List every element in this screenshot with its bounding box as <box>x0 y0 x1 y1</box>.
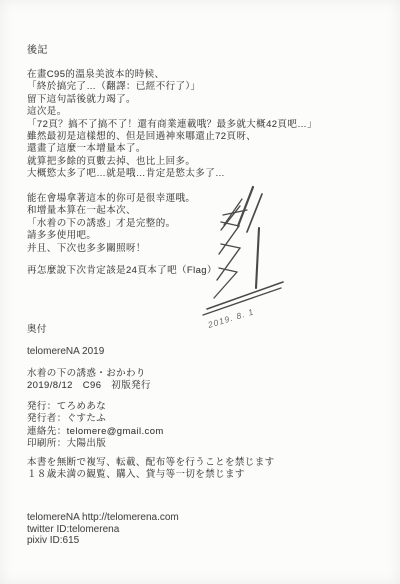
edition-info: 2019/8/12 C96 初版発行 <box>27 380 151 392</box>
afterword-line: 「水着の下の誘惑」才是完整的。 <box>27 218 195 230</box>
afterword-line: 留下這句話後就力竭了。 <box>27 94 317 106</box>
doujinshi-afterword-page: 後記 在畫C95的溫泉美波本的時候、 「終於搞完了…（翻譯：已經不行了）」 留下… <box>0 0 400 584</box>
afterword-line: 和增量本算在一起本次、 <box>27 205 195 217</box>
artist-signature: 2019. 8. 1 <box>193 176 329 334</box>
afterword-line: 這次是。 <box>27 106 317 118</box>
contact-links-block: telomereNA http://telomerena.com twitter… <box>27 512 179 547</box>
flag-line: 再怎麼說下次肯定該是24頁本了吧（Flag） <box>27 265 217 277</box>
afterword-paragraph-1: 在畫C95的溫泉美波本的時候、 「終於搞完了…（翻譯：已經不行了）」 留下這句話… <box>27 69 317 181</box>
book-title: 水着の下の誘惑・おかわり <box>27 368 151 380</box>
afterword-heading: 後記 <box>27 45 48 57</box>
afterword-paragraph-2: 能在會場拿著這本的你可是很幸運哦。 和增量本算在一起本次、 「水着の下の誘惑」才… <box>27 193 195 255</box>
afterword-line: 還畫了這麼一本增量本了。 <box>27 143 317 155</box>
twitter-line: twitter ID:telomerena <box>27 524 179 536</box>
warning-line: 本書を無断で複写、転載、配布等を行うことを禁じます <box>27 457 275 469</box>
pixiv-line: pixiv ID:615 <box>27 535 179 547</box>
afterword-line: 并且、下次也多多關照呀！ <box>27 243 195 255</box>
afterword-line: 在畫C95的溫泉美波本的時候、 <box>27 69 317 81</box>
printer-line: 印刷所：大陽出版 <box>27 438 164 450</box>
website-line: telomereNA http://telomerena.com <box>27 512 179 524</box>
signature-date: 2019. 8. 1 <box>206 306 256 330</box>
afterword-line: 能在會場拿著這本的你可是很幸運哦。 <box>27 193 195 205</box>
afterword-line: 「終於搞完了…（翻譯：已經不行了）」 <box>27 81 317 93</box>
legal-warning-block: 本書を無断で複写、転載、配布等を行うことを禁じます １８歳未満の観覧、購入、貸与… <box>27 457 275 482</box>
author-line: 発行者：ぐすたふ <box>27 413 164 425</box>
afterword-line: 請多多使用吧。 <box>27 230 195 242</box>
publication-block: 発行：てろめあな 発行者：ぐすたふ 連絡先：telomere@gmail.com… <box>27 401 164 451</box>
warning-line: １８歳未満の観覧、購入、貸与等一切を禁じます <box>27 469 275 481</box>
title-edition-block: 水着の下の誘惑・おかわり 2019/8/12 C96 初版発行 <box>27 368 151 393</box>
afterword-line: 雖然最初是這樣想的、但是回過神來哪還止72頁呀、 <box>27 131 317 143</box>
colophon-heading: 奥付 <box>27 324 47 336</box>
circle-name-year: telomereNA 2019 <box>27 346 104 358</box>
afterword-line: 「72頁？搞不了搞不了！還有商業連載哦？最多就大概42頁吧…」 <box>27 119 317 131</box>
contact-line: 連絡先：telomere@gmail.com <box>27 426 164 438</box>
publisher-line: 発行：てろめあな <box>27 401 164 413</box>
afterword-line: 就算把多餘的頁數去掉、也比上回多。 <box>27 156 317 168</box>
